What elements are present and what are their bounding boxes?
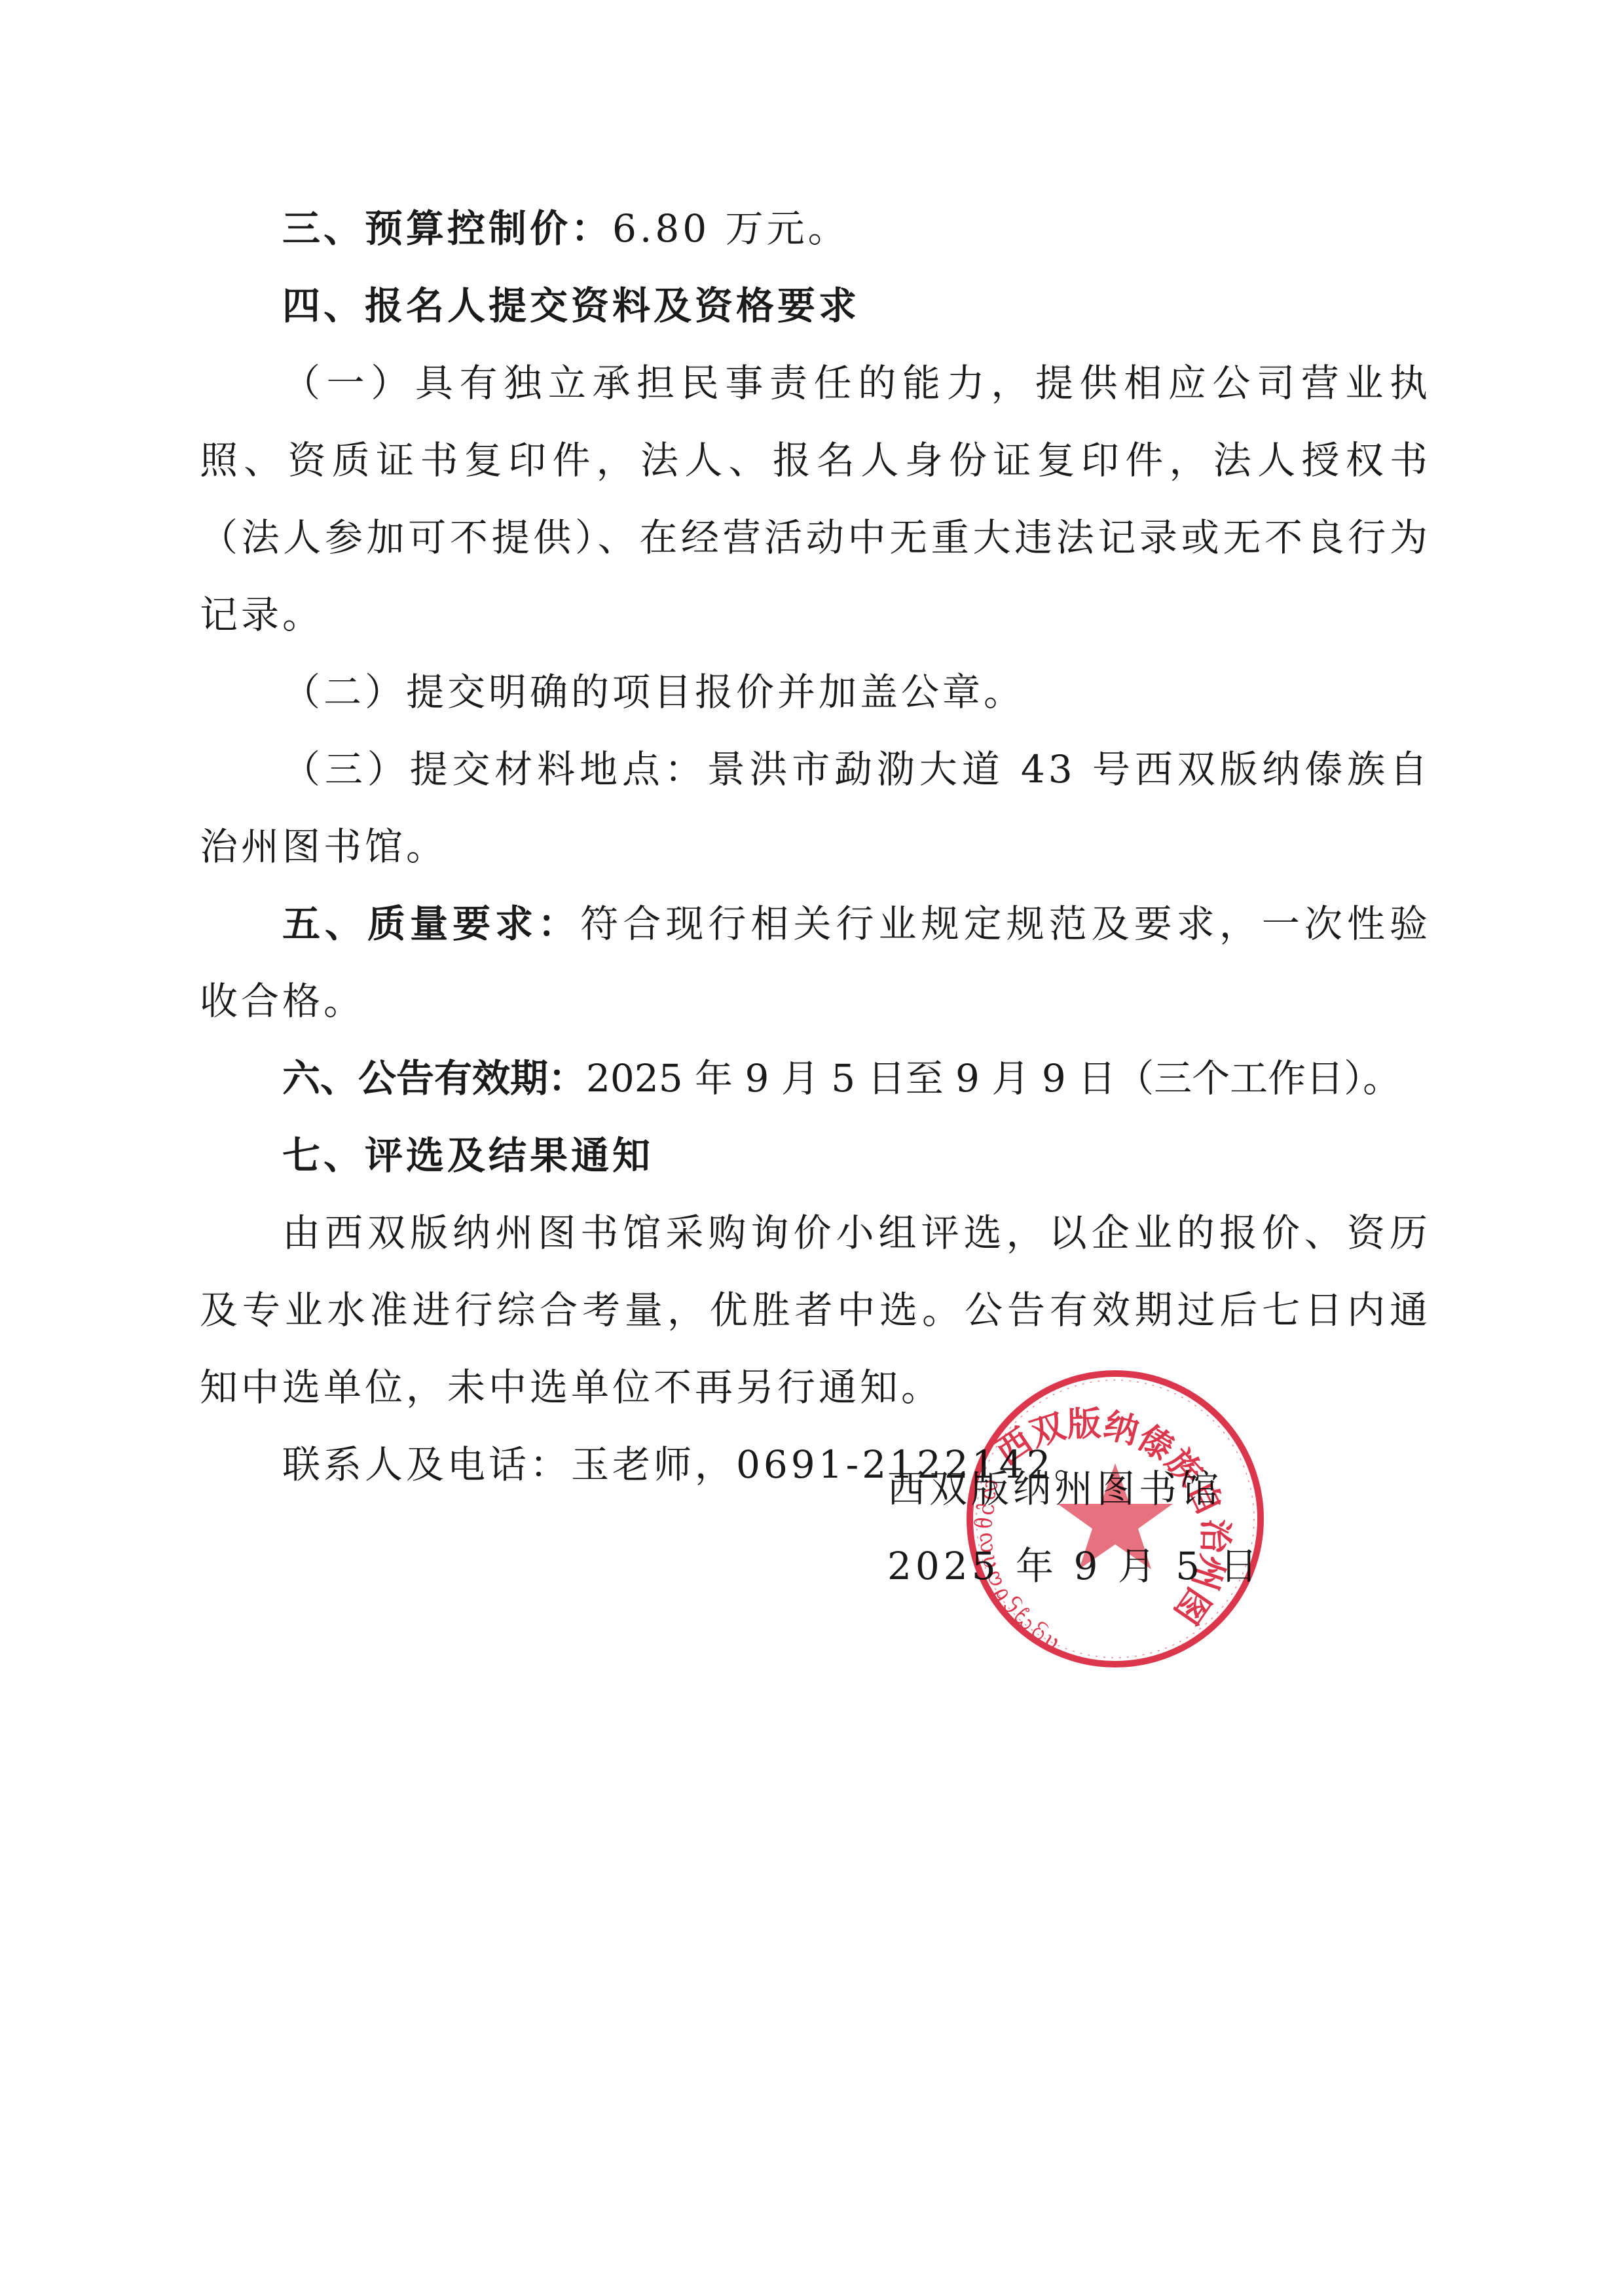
requirement-item-3: （三）提交材料地点：景洪市勐泐大道 43 号西双版纳傣族自治州图书馆。 xyxy=(200,731,1431,885)
document-page: 三、预算控制价：6.80 万元。 四、报名人提交资料及资格要求 （一）具有独立承… xyxy=(0,0,1624,2296)
section-selection: 七、评选及结果通知 xyxy=(200,1117,1431,1194)
requirement-item-1: （一）具有独立承担民事责任的能力，提供相应公司营业执照、资质证书复印件，法人、报… xyxy=(200,344,1431,653)
requirement-item-2: （二）提交明确的项目报价并加盖公章。 xyxy=(200,653,1431,731)
section-requirements: 四、报名人提交资料及资格要求 xyxy=(200,267,1431,344)
section-budget: 三、预算控制价：6.80 万元。 xyxy=(200,190,1431,267)
section-validity: 六、公告有效期：2025 年 9 月 5 日至 9 月 9 日（三个工作日）。 xyxy=(200,1040,1431,1117)
requirement-text: （一）具有独立承担民事责任的能力，提供相应公司营业执照、资质证书复印件，法人、报… xyxy=(200,361,1431,637)
section-heading: 五、质量要求： xyxy=(282,902,580,946)
requirement-text: （二）提交明确的项目报价并加盖公章。 xyxy=(282,670,1025,714)
requirement-text: （三）提交材料地点：景洪市勐泐大道 43 号西双版纳傣族自治州图书馆。 xyxy=(200,747,1431,869)
section-quality: 五、质量要求：符合现行相关行业规定规范及要求，一次性验收合格。 xyxy=(200,885,1431,1040)
star-icon xyxy=(1058,1463,1173,1569)
section-text: 2025 年 9 月 5 日至 9 月 9 日（三个工作日）。 xyxy=(586,1056,1401,1101)
section-heading: 三、预算控制价： xyxy=(282,206,612,251)
official-seal-stamp: 西双版纳傣族自治州图书馆 ᦵᦋᧅᦓᦲᦒᦵᦟᦲᦺᦟ xyxy=(961,1365,1269,1673)
stamp-text-dai: ᦵᦋᧅᦓᦲᦒᦵᦟᦲᦺᦟ xyxy=(969,1474,1062,1660)
section-heading: 六、公告有效期： xyxy=(282,1056,586,1101)
section-text: 6.80 万元。 xyxy=(612,206,849,251)
section-heading: 四、报名人提交资料及资格要求 xyxy=(282,283,860,328)
section-heading: 七、评选及结果通知 xyxy=(282,1133,654,1178)
document-body: 三、预算控制价：6.80 万元。 四、报名人提交资料及资格要求 （一）具有独立承… xyxy=(200,190,1431,1503)
